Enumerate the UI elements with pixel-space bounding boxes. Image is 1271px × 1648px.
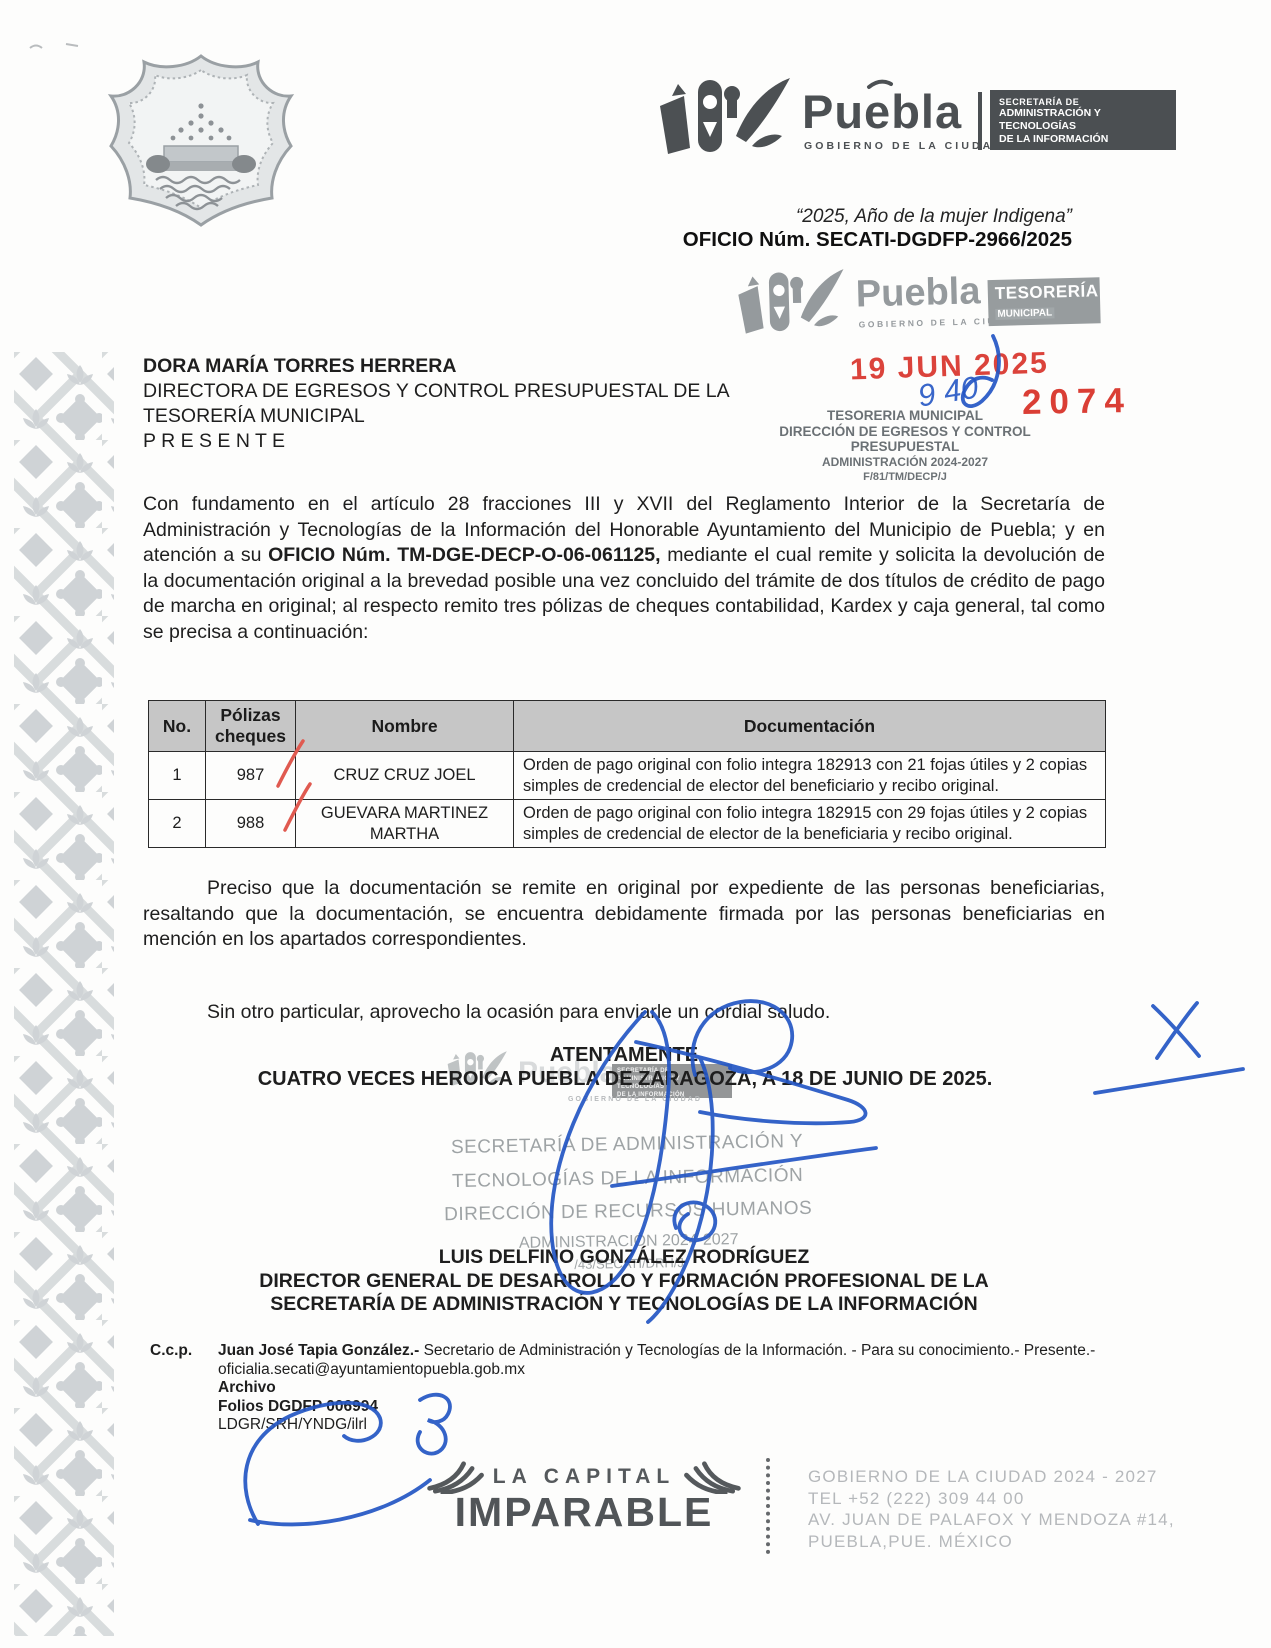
cell-nombre: GUEVARA MARTINEZ MARTHA — [296, 800, 514, 848]
stamp-brand-wordmark: Puebla — [855, 272, 981, 313]
badge-line: DE LA INFORMACIÓN — [999, 133, 1167, 146]
ccp-block: Juan José Tapia González.- Secretario de… — [218, 1342, 1118, 1435]
recipient-salutation: P R E S E N T E — [143, 429, 783, 454]
brand-accent-mark — [866, 78, 894, 90]
treasury-received-stamp: Puebla GOBIERNO DE LA CIUDAD TESORERÍA M… — [731, 251, 1103, 349]
ccp-recipient-name: Juan José Tapia González.- — [218, 1342, 419, 1359]
cell-no: 2 — [149, 800, 206, 848]
column-header-polizas: Pólizas cheques — [206, 701, 296, 752]
slogan-bottom-text: IMPARABLE — [410, 1492, 758, 1533]
ccp-folios: Folios DGDFP 006994 — [218, 1398, 1118, 1417]
address-line: AV. JUAN DE PALAFOX Y MENDOZA #14, — [808, 1509, 1238, 1531]
scanned-letter-page: Puebla GOBIERNO DE LA CIUDAD SECRETARÍA … — [0, 0, 1271, 1648]
address-line: TEL +52 (222) 309 44 00 — [808, 1488, 1238, 1510]
cell-poliza: 988 — [206, 800, 296, 848]
puebla-monuments-icon-gray — [731, 262, 851, 343]
signer-title: SECRETARÍA DE ADMINISTRACIÓN Y TECNOLOGÍ… — [143, 1293, 1105, 1317]
signer-title: DIRECTOR GENERAL DE DESARROLLO Y FORMACI… — [143, 1270, 1105, 1294]
table-header-row: No. Pólizas cheques Nombre Documentación — [149, 701, 1106, 752]
atentamente-line: ATENTAMENTE — [143, 1044, 1105, 1067]
faint-brand-subtitle: GOBIERNO DE LA CIUDAD — [568, 1096, 702, 1103]
badge-divider — [978, 92, 982, 150]
address-line: PUEBLA,PUE. MÉXICO — [808, 1531, 1238, 1553]
signer-block: LUIS DELFINO GONZÁLEZ RODRÍGUEZ DIRECTOR… — [143, 1246, 1105, 1317]
slogan-top-text: LA CAPITAL — [493, 1465, 675, 1489]
body-paragraph-3: Sin otro particular, aprovecho la ocasió… — [143, 1000, 1105, 1026]
column-header-no: No. — [149, 701, 206, 752]
capital-imparable-logo: LA CAPITAL IMPARABLE — [410, 1460, 758, 1533]
column-header-documentacion: Documentación — [514, 701, 1106, 752]
annual-motto: “2025, Año de la mujer Indigena” — [610, 206, 1072, 228]
brand-wordmark: Puebla — [802, 88, 962, 135]
secretaria-badge: SECRETARÍA DE ADMINISTRACIÓN Y TECNOLOGÍ… — [990, 90, 1176, 150]
ccp-recipient-role: Secretario de Administración y Tecnologí… — [419, 1342, 1095, 1359]
recipient-title: TESORERÍA MUNICIPAL — [143, 404, 783, 429]
place-date-line: CUATRO VECES HEROICA PUEBLA DE ZARAGOZA,… — [120, 1068, 1130, 1091]
body-paragraph-2: Preciso que la documentación se remite e… — [143, 876, 1105, 953]
ccp-email: oficialia.secati@ayuntamientopuebla.gob.… — [218, 1361, 1118, 1380]
oficio-number: OFICIO Núm. SECATI-DGDFP-2966/2025 — [560, 228, 1072, 252]
address-line: GOBIERNO DE LA CIUDAD 2024 - 2027 — [808, 1466, 1238, 1488]
referenced-oficio-number: OFICIO Núm. TM-DGE-DECP-O-06-061125, — [268, 544, 661, 566]
tesoreria-badge-line: MUNICIPAL — [995, 307, 1054, 320]
municipal-coat-of-arms-icon — [96, 48, 306, 233]
talavera-border-pattern — [14, 352, 114, 1636]
tesoreria-badge: TESORERÍA MUNICIPAL — [988, 277, 1101, 326]
brand-subtitle: GOBIERNO DE LA CIUDAD — [804, 140, 1004, 152]
wing-right-icon — [680, 1460, 742, 1494]
cell-nombre: CRUZ CRUZ JOEL — [296, 752, 514, 800]
cell-no: 1 — [149, 752, 206, 800]
ccp-initials: LDGR/SRH/YNDG/ilrl — [218, 1416, 1118, 1435]
recipient-block: DORA MARÍA TORRES HERRERA DIRECTORA DE E… — [143, 354, 783, 454]
footer-address-block: GOBIERNO DE LA CIUDAD 2024 - 2027 TEL +5… — [808, 1466, 1238, 1552]
cell-poliza: 987 — [206, 752, 296, 800]
badge-line: SECRETARÍA DE — [999, 97, 1167, 107]
recipient-name: DORA MARÍA TORRES HERRERA — [143, 354, 783, 379]
puebla-monuments-icon — [652, 74, 797, 160]
header-brand-lockup: Puebla GOBIERNO DE LA CIUDAD SECRETARÍA … — [650, 68, 1180, 172]
column-header-nombre: Nombre — [296, 701, 514, 752]
footer-divider — [766, 1458, 770, 1554]
body-paragraph-1: Con fundamento en el artículo 28 fraccio… — [143, 492, 1105, 645]
table-row: 2 988 GUEVARA MARTINEZ MARTHA Orden de p… — [149, 800, 1106, 848]
recipient-title: DIRECTORA DE EGRESOS Y CONTROL PRESUPUES… — [143, 379, 783, 404]
table-row: 1 987 CRUZ CRUZ JOEL Orden de pago origi… — [149, 752, 1106, 800]
cell-documentacion: Orden de pago original con folio integra… — [514, 800, 1106, 848]
ccp-label: C.c.p. — [150, 1342, 192, 1361]
cell-documentacion: Orden de pago original con folio integra… — [514, 752, 1106, 800]
signer-name: LUIS DELFINO GONZÁLEZ RODRÍGUEZ — [143, 1246, 1105, 1270]
ccp-recipient-line: Juan José Tapia González.- Secretario de… — [218, 1342, 1118, 1361]
scan-artifact-mark — [26, 40, 86, 54]
stamp-text-line: F/81/TM/DECP/J — [700, 470, 1110, 484]
stamp-text-line: ADMINISTRACIÓN 2024-2027 — [700, 455, 1110, 470]
badge-line: ADMINISTRACIÓN Y TECNOLOGÍAS — [999, 107, 1167, 133]
cheques-table: No. Pólizas cheques Nombre Documentación… — [148, 700, 1106, 848]
tesoreria-badge-line: TESORERÍA — [995, 281, 1093, 304]
ccp-archivo: Archivo — [218, 1379, 1118, 1398]
